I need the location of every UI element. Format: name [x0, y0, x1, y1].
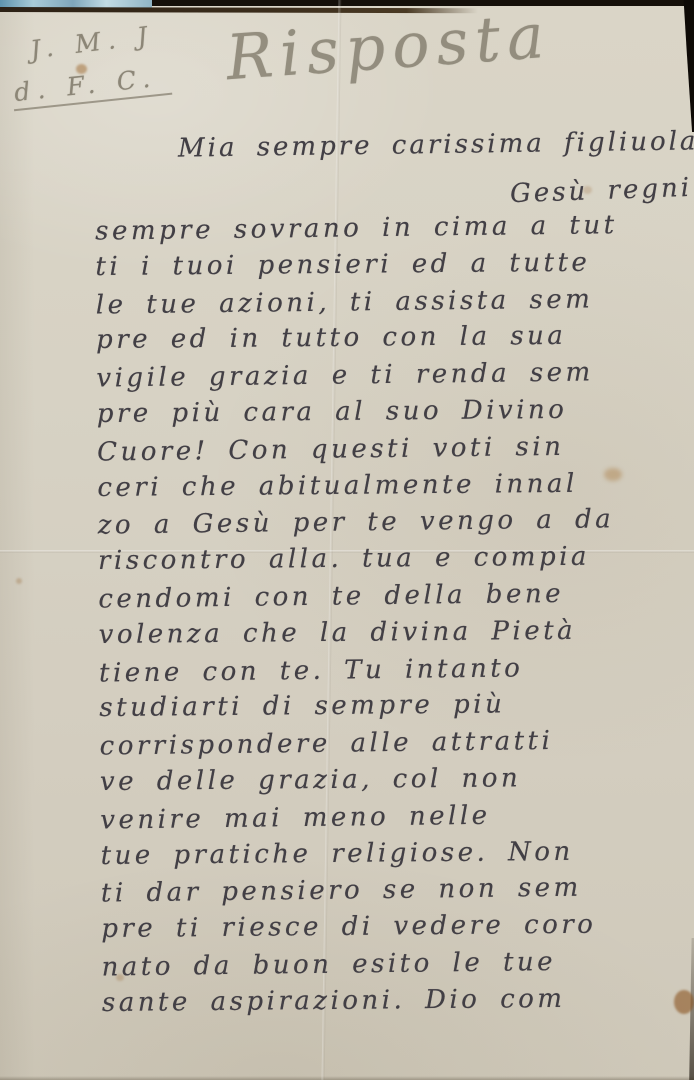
letter-line: Cuore! Con questi voti sin — [97, 427, 694, 471]
letter-line: pre ti riesce di vedere coro — [101, 906, 694, 948]
letter-line: venire mai meno nelle — [100, 795, 694, 839]
letter-line: tue pratiche religiose. Non — [100, 832, 694, 874]
letter-line: le tue azioni, ti assista sem — [96, 280, 694, 324]
letter-line: zo a Gesù per te vengo a da — [98, 501, 694, 545]
letter-line: sante aspirazioni. Dio com — [102, 979, 694, 1021]
letter-line: ve delle grazia, col non — [100, 759, 694, 801]
paper-bottom-edge-shadow — [0, 1076, 694, 1080]
letter-body: sempre sovrano in cima a tut ti i tuoi p… — [95, 207, 694, 1022]
letter-line: sempre sovrano in cima a tut — [95, 206, 694, 250]
letter-line: pre ed in tutto con la sua — [96, 317, 694, 359]
letter-line: vigile grazia e ti renda sem — [96, 353, 694, 397]
letter-line: pre più cara al suo Divino — [97, 391, 694, 433]
letter-line: riscontro alla. tua e compia — [98, 538, 694, 580]
letter-line: ceri che abitualmente innal — [97, 464, 694, 506]
letter-line: nato da buon esito le tue — [101, 942, 694, 986]
letter-line: tiene con te. Tu intanto — [99, 648, 694, 692]
letter-line: volenza che la divina Pietà — [99, 612, 694, 654]
letter-line: corrispondere alle attratti — [99, 721, 694, 765]
letter-line: ti dar pensiero se non sem — [101, 869, 694, 913]
letter-line: studiarti di sempre più — [99, 685, 694, 727]
letter-line: cendomi con te della bene — [98, 574, 694, 618]
foxing-spot — [16, 578, 22, 584]
letter-line: ti i tuoi pensieri ed a tutte — [95, 244, 694, 286]
letter-opening-line: Gesù regni — [510, 173, 693, 209]
letter-photograph: J. M. J d. F. C. Risposta Mia sempre car… — [0, 0, 694, 1080]
